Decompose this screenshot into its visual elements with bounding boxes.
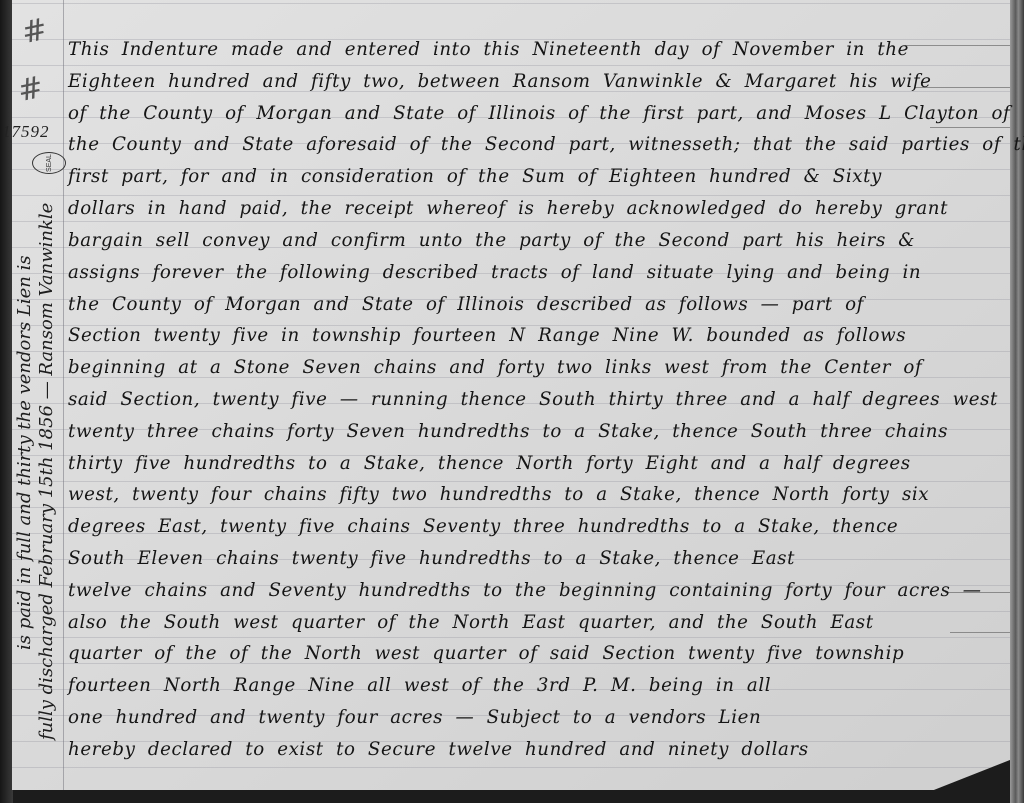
deed-line: This Indenture made and entered into thi… xyxy=(68,34,998,66)
deed-line: South Eleven chains twenty five hundredt… xyxy=(68,543,998,575)
deed-line: degrees East, twenty five chains Seventy… xyxy=(68,511,998,543)
deed-line: thirty five hundredths to a Stake, thenc… xyxy=(68,448,998,480)
deed-line: of the County of Morgan and State of Ill… xyxy=(68,98,998,130)
deed-line: also the South west quarter of the North… xyxy=(68,607,998,639)
deed-line: the County and State aforesaid of the Se… xyxy=(68,129,998,161)
deed-line: fourteen North Range Nine all west of th… xyxy=(68,670,998,702)
record-number: 17592 xyxy=(2,122,50,142)
deed-line: one hundred and twenty four acres — Subj… xyxy=(68,702,998,734)
deed-line: beginning at a Stone Seven chains and fo… xyxy=(68,352,998,384)
deed-line: first part, for and in consideration of … xyxy=(68,161,998,193)
deed-line: quarter of the of the North west quarter… xyxy=(68,638,998,670)
deed-line: bargain sell convey and confirm unto the… xyxy=(68,225,998,257)
deed-line: dollars in hand paid, the receipt whereo… xyxy=(68,193,998,225)
deed-line: the County of Morgan and State of Illino… xyxy=(68,289,998,321)
scanned-ledger-page: # # 17592 SEAL is paid in full and thirt… xyxy=(0,0,1024,803)
deed-line: west, twenty four chains fifty two hundr… xyxy=(68,479,998,511)
deed-line: hereby declared to exist to Secure twelv… xyxy=(68,734,998,766)
margin-note-line-2: fully discharged February 15th 1856 — Ra… xyxy=(36,203,57,740)
page-edge-right xyxy=(1010,0,1024,803)
margin-rule-line xyxy=(63,0,64,790)
book-binding-edge xyxy=(0,0,13,803)
deed-line: said Section, twenty five — running then… xyxy=(68,384,998,416)
deed-text-body: This Indenture made and entered into thi… xyxy=(68,34,998,766)
margin-note-line-1: is paid in full and thirty the vendors L… xyxy=(14,255,35,650)
deed-line: twenty three chains forty Seven hundredt… xyxy=(68,416,998,448)
deed-line: Eighteen hundred and fifty two, between … xyxy=(68,66,998,98)
deed-line: Section twenty five in township fourteen… xyxy=(68,320,998,352)
deed-line: assigns forever the following described … xyxy=(68,257,998,289)
seal-stamp-icon: SEAL xyxy=(32,152,66,174)
deed-line: twelve chains and Seventy hundredths to … xyxy=(68,575,998,607)
